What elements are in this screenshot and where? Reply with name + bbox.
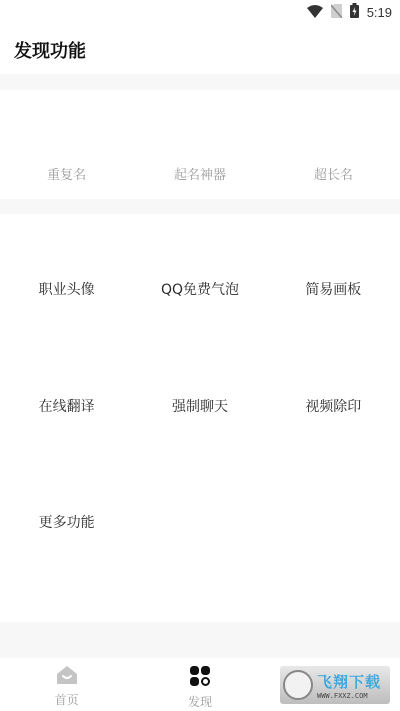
tab-home-label: 首页 [55, 691, 79, 708]
wifi-icon [307, 3, 323, 22]
feature-professional-avatar[interactable]: 职业头像 [0, 279, 133, 299]
status-bar: 5:19 [0, 0, 400, 24]
watermark-logo: 飞翔下载 WWW.FXXZ.COM [280, 666, 390, 704]
feature-simple-drawing-board[interactable]: 简易画板 [267, 279, 400, 299]
tool-name-generator[interactable]: 起名神器 [133, 164, 266, 183]
feature-online-translate[interactable]: 在线翻译 [0, 396, 133, 416]
feature-more[interactable]: 更多功能 [0, 512, 133, 532]
feature-qq-free-bubble[interactable]: QQ免费气泡 [133, 279, 266, 299]
tool-duplicate-name[interactable]: 重复名 [0, 164, 133, 183]
name-tools-row: 重复名 起名神器 超长名 [0, 164, 400, 183]
page-title: 发现功能 [14, 37, 86, 63]
no-sim-icon [331, 3, 342, 22]
watermark-url: WWW.FXXZ.COM [317, 692, 381, 700]
status-time: 5:19 [367, 5, 392, 20]
feature-row: 更多功能 [0, 512, 400, 532]
battery-charging-icon [350, 3, 359, 22]
section-divider [0, 199, 400, 214]
section-divider [0, 622, 400, 658]
discover-grid-icon [190, 666, 210, 690]
section-divider [0, 74, 400, 90]
tab-discover-label: 发现 [188, 693, 212, 710]
feature-video-watermark-remove[interactable]: 视频除印 [267, 396, 400, 416]
tool-long-name[interactable]: 超长名 [267, 164, 400, 183]
feature-force-chat[interactable]: 强制聊天 [133, 396, 266, 416]
watermark-text: 飞翔下载 [317, 671, 381, 692]
tab-home[interactable]: 首页 [0, 658, 133, 711]
home-icon [57, 666, 77, 688]
feature-row: 在线翻译 强制聊天 视频除印 [0, 396, 400, 416]
feature-row: 职业头像 QQ免费气泡 简易画板 [0, 279, 400, 299]
tab-discover[interactable]: 发现 [133, 658, 266, 711]
watermark-emblem-icon [283, 670, 313, 700]
